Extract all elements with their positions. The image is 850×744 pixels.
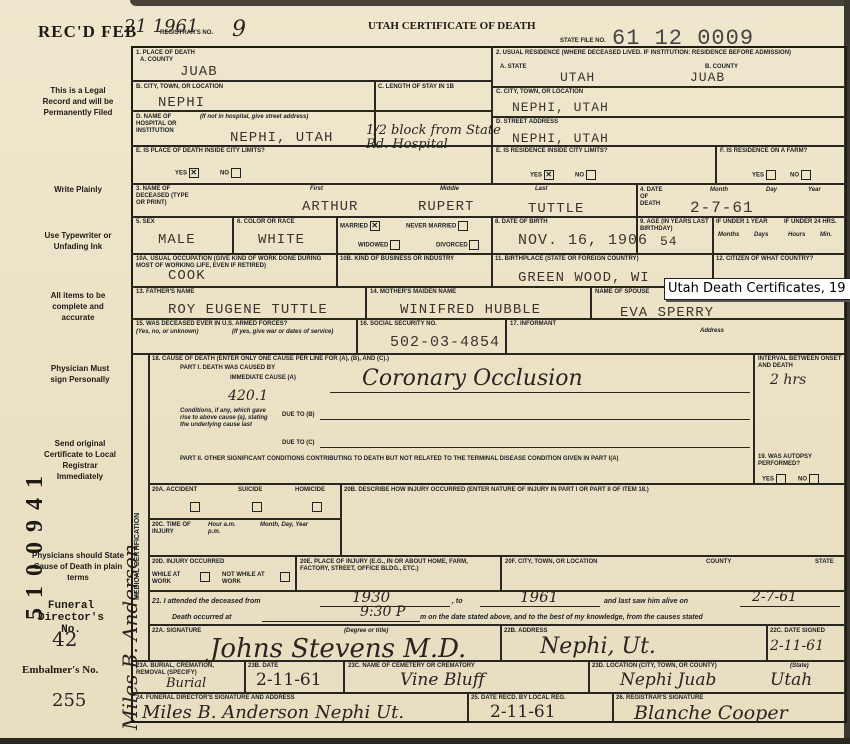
attended-to: 1961 (520, 588, 558, 606)
accident-label: 20a. ACCIDENT (152, 487, 197, 494)
rule (491, 46, 493, 183)
under-year-label: IF UNDER 1 YEAR (716, 219, 768, 226)
signature-label: 22a. SIGNATURE (152, 628, 201, 635)
certify-text: m on the date stated above, and to the b… (420, 614, 703, 621)
while-work-checkbox[interactable] (200, 572, 210, 582)
business-label: 10b. KIND OF BUSINESS OR INDUSTRY (340, 256, 488, 263)
ssn: 502-03-4854 (390, 334, 500, 351)
death-at: 9:30 P (360, 604, 405, 620)
date-recd: 2-11-61 (490, 702, 556, 722)
month-label: Month (710, 187, 728, 194)
death-at-label: Death occurred at (172, 614, 232, 621)
father-label: 13. FATHER'S NAME (136, 289, 194, 296)
cemetery: Vine Bluff (400, 670, 485, 690)
rule (491, 216, 493, 286)
suicide-checkbox[interactable] (252, 502, 262, 512)
rule (244, 660, 246, 692)
place-injury-label: 20e. PLACE OF INJURY (e.g., in or about … (300, 559, 490, 573)
pod-inside-limits-label: e. IS PLACE OF DEATH INSIDE CITY LIMITS? (136, 148, 265, 155)
pod-hospital-hint: (If not in hospital, give street address… (200, 114, 308, 121)
burial-date: 2-11-61 (256, 670, 322, 690)
rule (131, 692, 847, 694)
cause-code: 420.1 (228, 388, 268, 404)
race: WHITE (258, 232, 305, 248)
injury-county-label: COUNTY (706, 559, 731, 566)
ssn-label: 16. SOCIAL SECURITY NO. (360, 321, 437, 328)
rule (500, 624, 502, 660)
deceased-last: TUTTLE (528, 201, 584, 217)
certificate-image: REC'D FEB 21 1961 REGISTRAR'S NO. 9 UTAH… (0, 0, 850, 744)
year-label: Year (808, 187, 821, 194)
res-farm-label: f. IS RESIDENCE ON A FARM? (720, 148, 807, 155)
last-saw-label: and last saw him alive on (604, 598, 688, 605)
res-street-label: d. STREET ADDRESS (496, 119, 558, 126)
deceased-first: ARTHUR (302, 199, 358, 215)
burial-type-label: 23a. BURIAL, CREMATION, REMOVAL (Specify… (136, 663, 240, 677)
armed-forces-hint1: (Yes, no, or unknown) (136, 329, 198, 336)
pod-county: JUAB (180, 64, 218, 80)
rule (365, 286, 367, 319)
marital-never-married[interactable]: NEVER MARRIED (406, 221, 468, 231)
sex-label: 5. SEX (136, 219, 155, 226)
rule (148, 590, 847, 592)
birthplace-label: 11. BIRTHPLACE (State or foreign country… (495, 256, 639, 263)
embalmer-no: 255 (52, 690, 86, 711)
last-label: Last (535, 186, 547, 193)
rule (320, 447, 750, 448)
residence-label: 2. USUAL RESIDENCE (Where deceased lived… (496, 50, 841, 57)
rule (500, 555, 502, 590)
race-label: 6. COLOR OR RACE (237, 219, 295, 226)
immediate-cause: Coronary Occlusion (362, 366, 583, 391)
date-recd-label: 25. DATE RECD. BY LOCAL REG. (471, 695, 566, 702)
burial-location: Nephi Juab (620, 670, 716, 690)
age: 54 (660, 234, 678, 249)
dob-label: 8. DATE OF BIRTH (495, 219, 548, 226)
note-write-plainly: Write Plainly (42, 184, 114, 195)
age-label: 9. AGE (In years last birthday) (640, 219, 710, 233)
burial-date-label: 23b. DATE (248, 663, 278, 670)
rule (343, 660, 345, 692)
spouse-label: NAME OF SPOUSE (595, 289, 649, 296)
armed-forces-label: 15. WAS DECEASED EVER IN U.S. ARMED FORC… (136, 321, 356, 328)
sex: MALE (158, 232, 196, 248)
time-injury-label: 20c. TIME OF INJURY (152, 522, 202, 536)
rule (131, 253, 847, 255)
birthplace: GREEN WOOD, WI (518, 270, 650, 286)
rule (712, 216, 714, 286)
rule (753, 353, 755, 483)
mother-name: WINIFRED HUBBLE (400, 302, 541, 318)
res-city-label: c. CITY, TOWN, OR LOCATION (496, 89, 583, 96)
pod-inside-yes[interactable]: YES ✕ (175, 168, 199, 178)
rule (131, 318, 847, 320)
rule (740, 606, 840, 607)
rule (590, 286, 592, 319)
date-signed: 2-11-61 (770, 638, 824, 654)
res-farm-no[interactable]: NO (790, 170, 811, 180)
rule (320, 419, 750, 420)
registrar-no: 9 (232, 17, 246, 42)
conditions-label: Conditions, if any, which gave rise to a… (180, 408, 270, 429)
rule (148, 353, 150, 660)
res-county: JUAB (690, 70, 725, 85)
pod-hospital: NEPHI, UTAH (230, 130, 333, 146)
interval-label: INTERVAL BETWEEN ONSET AND DEATH (758, 356, 843, 370)
note-complete: All items to be complete and accurate (42, 290, 114, 323)
note-send-original: Send original Certificate to Local Regis… (40, 438, 120, 482)
rule (588, 660, 590, 692)
pod-inside-no[interactable]: NO (220, 168, 241, 178)
homicide-checkbox[interactable] (312, 502, 322, 512)
rule (480, 606, 600, 607)
rule (148, 555, 847, 557)
rule (131, 80, 491, 82)
name-label: 3. NAME OF DECEASED (Type or print) (136, 186, 196, 207)
under-day-label: IF UNDER 24 HRS. (784, 219, 837, 226)
autopsy-label: 19. WAS AUTOPSY PERFORMED? (758, 454, 843, 468)
pod-county-label: a. COUNTY (140, 57, 173, 64)
rule (491, 86, 847, 88)
citizen-label: 12. CITIZEN OF WHAT COUNTRY? (716, 256, 813, 263)
res-state: UTAH (560, 70, 595, 85)
res-inside-no[interactable]: NO (575, 170, 596, 180)
place-of-death-label: 1. PLACE OF DEATH (136, 50, 195, 57)
to-label: , to (452, 598, 463, 605)
scan-edge-top (130, 0, 850, 6)
received-stamp: REC'D FEB (38, 22, 137, 42)
medical-cert-label: MEDICAL CERTIFICATION (134, 513, 141, 600)
deceased-middle: RUPERT (418, 199, 474, 215)
date-signed-label: 22c. DATE SIGNED (770, 628, 825, 635)
registrar-sig-label: 26. REGISTRAR'S SIGNATURE (616, 695, 703, 702)
res-city: NEPHI, UTAH (512, 100, 609, 115)
autopsy-no[interactable]: NO (798, 474, 819, 484)
months-label: Months (718, 232, 739, 239)
rule (330, 392, 750, 393)
interval: 2 hrs (770, 372, 806, 388)
first-label: First (310, 186, 323, 193)
location-state-label: (State) (790, 663, 809, 670)
rule (505, 318, 507, 353)
rule (148, 518, 340, 520)
res-inside-label: e. IS RESIDENCE INSIDE CITY LIMITS? (496, 148, 608, 155)
not-while-work-checkbox[interactable] (280, 572, 290, 582)
director-signature: Miles B. Anderson Nephi Ut. (142, 702, 404, 723)
injury-state-label: STATE (815, 559, 834, 566)
res-farm-yes[interactable]: YES (752, 170, 776, 180)
part2-label: PART II. OTHER SIGNIFICANT CONDITIONS CO… (180, 456, 619, 463)
marital-widowed[interactable]: WIDOWED (358, 240, 400, 250)
embalmer-label: Embalmer's No. (22, 664, 98, 676)
rule (131, 183, 847, 185)
rule (148, 624, 847, 626)
document-title: UTAH CERTIFICATE OF DEATH (368, 20, 536, 32)
rule (715, 145, 717, 183)
part1-label: PART I. DEATH WAS CAUSED BY (180, 365, 275, 372)
day-label: Day (766, 187, 777, 194)
pod-hospital-label: d. NAME OF HOSPITAL OR INSTITUTION (136, 114, 196, 135)
rule (295, 555, 297, 590)
attended-label: 21. I attended the deceased from (152, 598, 261, 605)
injury-city-label: 20f. CITY, TOWN, OR LOCATION (505, 559, 597, 566)
father-name: ROY EUGENE TUTTLE (168, 302, 328, 318)
accident-checkbox[interactable] (190, 502, 200, 512)
suicide-label: SUICIDE (238, 487, 262, 494)
informant-address-label: Address (700, 328, 724, 335)
pod-stay-label: c. LENGTH OF STAY IN 1b (378, 84, 454, 91)
pod-city: NEPHI (158, 95, 205, 111)
registrar-no-label: REGISTRAR'S NO. (160, 30, 213, 37)
marital-married[interactable]: MARRIED ✕ (340, 221, 380, 231)
spouse-name: EVA SPERRY (620, 305, 714, 321)
res-state-label: a. STATE (500, 64, 526, 71)
rule (766, 624, 768, 660)
date-of-death: 2-7-61 (690, 199, 754, 217)
rule (612, 692, 614, 723)
rule (232, 216, 234, 253)
physician-signature: Johns Stevens M.D. (210, 634, 466, 664)
cause-label: 18. CAUSE OF DEATH (Enter only one cause… (152, 356, 389, 363)
pod-hospital-note: 1/2 block from State Rd. Hospital (366, 124, 516, 152)
burial-type: Burial (166, 676, 206, 691)
rule (262, 621, 420, 622)
date-of-death-label: 4. DATE OF DEATH (640, 187, 670, 208)
mdy-label: Month, Day, Year (260, 522, 308, 529)
funeral-director-no: 42 (52, 627, 77, 651)
rule (148, 483, 847, 485)
note-physician-sign: Physician Must sign Personally (48, 363, 112, 385)
scan-edge-bottom (0, 738, 850, 744)
physician-address: Nephi, Ut. (540, 634, 656, 659)
injury-work-label: 20d. INJURY OCCURRED (152, 559, 224, 566)
due-b-label: DUE TO (b) (282, 412, 315, 419)
state-file-label: STATE FILE NO. (560, 38, 606, 45)
note-typewriter: Use Typewriter or Unfading Ink (34, 230, 122, 252)
last-saw: 2-7-61 (752, 589, 797, 605)
cemetery-label: 23c. NAME OF CEMETERY OR CREMATORY (348, 663, 475, 670)
vertical-serial-number: 5100941 (22, 466, 49, 620)
occupation: COOK (168, 268, 206, 284)
rule (467, 692, 469, 723)
burial-location-state: Utah (770, 670, 812, 690)
not-while-work-label: NOT WHILE AT WORK (222, 572, 270, 586)
location-label: 23d. LOCATION (City, town, or county) (592, 663, 717, 670)
dob: NOV. 16, 1906 (518, 232, 648, 249)
director-label: 24. FUNERAL DIRECTOR'S SIGNATURE AND ADD… (136, 695, 295, 702)
res-inside-yes[interactable]: YES ✕ (530, 170, 554, 180)
tooltip: Utah Death Certificates, 19 (664, 278, 850, 300)
due-c-label: DUE TO (c) (282, 440, 315, 447)
min-label: Min. (820, 232, 832, 239)
days-label: Days (754, 232, 768, 239)
rule (340, 483, 342, 555)
immediate-label: IMMEDIATE CAUSE (a) (230, 375, 296, 382)
armed-forces-hint2: (If yes, give war or dates of service) (232, 329, 333, 336)
rule (356, 318, 358, 353)
hours-label: Hours (788, 232, 805, 239)
while-work-label: WHILE AT WORK (152, 572, 192, 586)
registrar-signature: Blanche Cooper (634, 702, 788, 724)
hour-label: Hour a.m. p.m. (208, 522, 238, 536)
note-legal-record: This is a Legal Record and will be Perma… (42, 85, 114, 118)
middle-label: Middle (440, 186, 459, 193)
pod-city-label: b. CITY, TOWN, OR LOCATION (136, 84, 223, 91)
occupation-label: 10a. USUAL OCCUPATION (Give kind of work… (136, 256, 332, 270)
describe-label: 20b. DESCRIBE HOW INJURY OCCURRED (Enter… (344, 487, 649, 494)
rule (336, 216, 338, 286)
marital-divorced[interactable]: DIVORCED (436, 240, 479, 250)
mother-label: 14. MOTHER'S MAIDEN NAME (370, 289, 456, 296)
autopsy-yes[interactable]: YES (762, 474, 786, 484)
rule (131, 353, 847, 355)
informant-label: 17. INFORMANT (510, 321, 556, 328)
homicide-label: HOMICIDE (295, 487, 325, 494)
res-street: NEPHI, UTAH (512, 131, 609, 146)
rule (491, 116, 847, 118)
